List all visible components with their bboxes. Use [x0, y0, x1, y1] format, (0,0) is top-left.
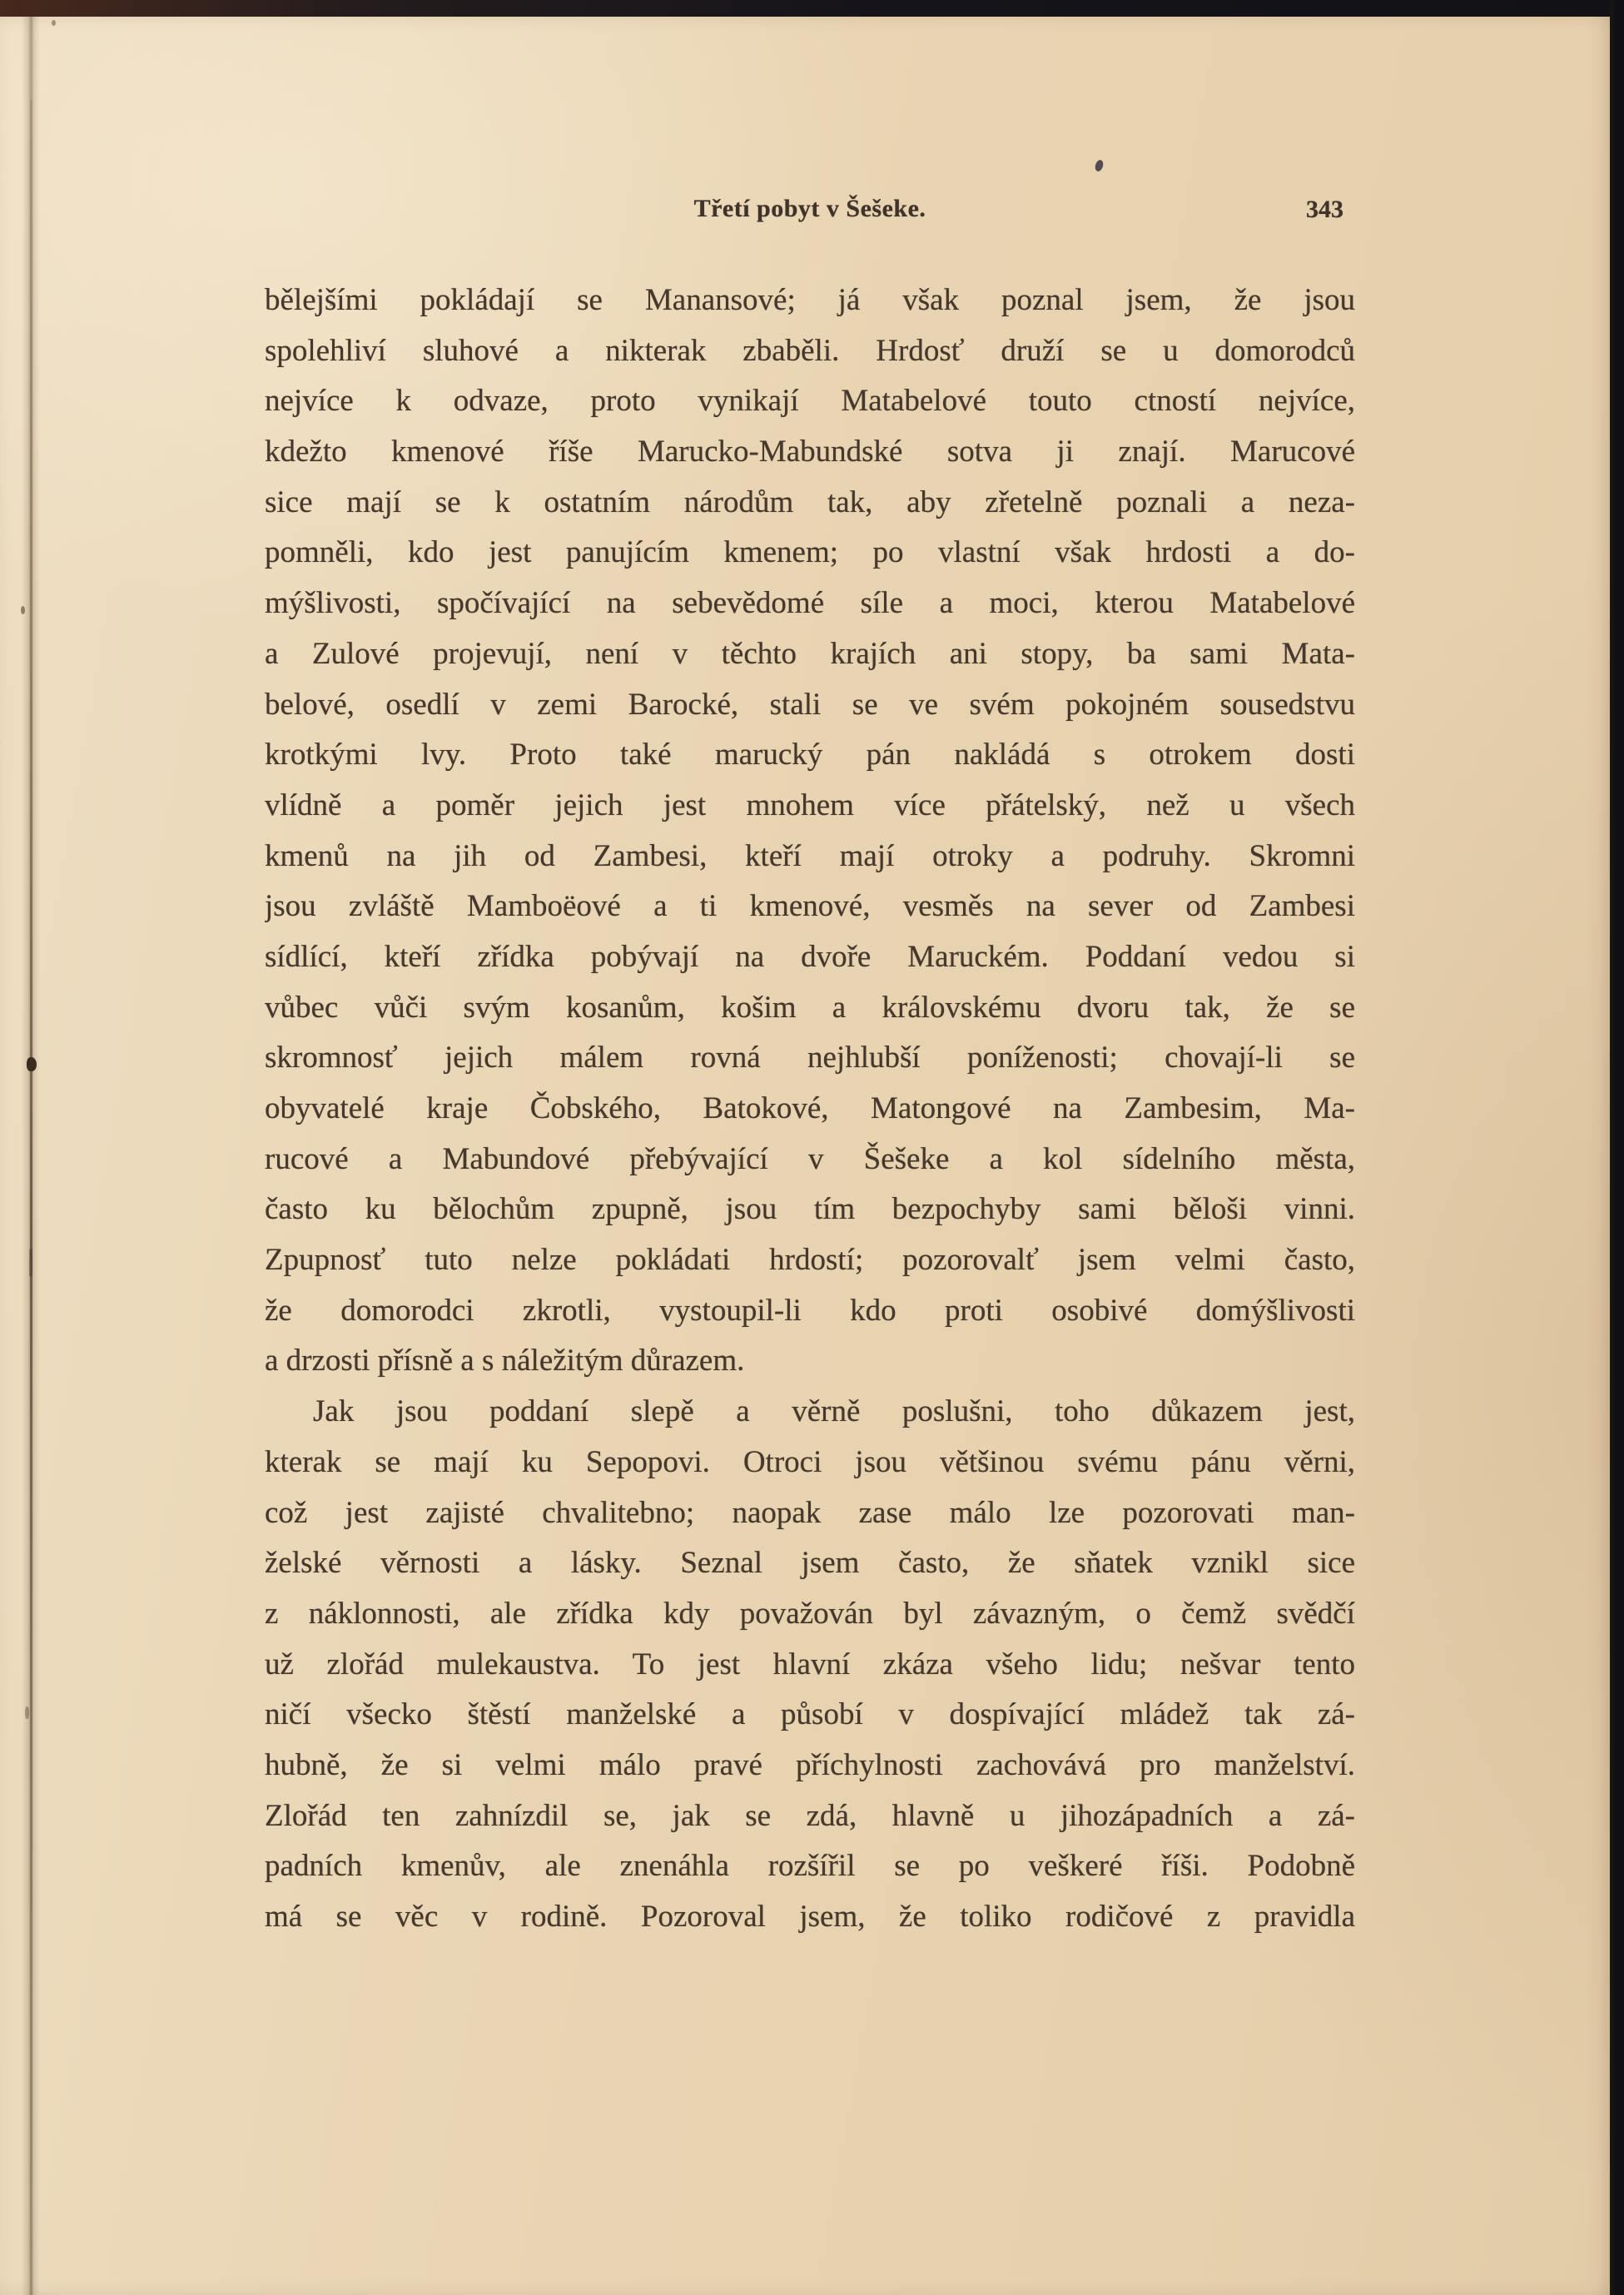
text-line: už zlořád mulekaustva. To jest hlavní zk… [265, 1640, 1355, 1691]
scan-edge-top [0, 0, 1624, 17]
text-line: kmenů na jih od Zambesi, kteří mají otro… [265, 832, 1355, 882]
body-text: bělejšími pokládají se Manansové; já vša… [265, 276, 1355, 1943]
text-line: želské věrnosti a lásky. Seznal jsem čas… [265, 1538, 1355, 1589]
text-line: kdežto kmenové říše Marucko-Mabundské so… [265, 427, 1355, 478]
text-line: bělejšími pokládají se Manansové; já vša… [265, 276, 1355, 326]
scan-speck [21, 606, 25, 614]
text-line: jsou zvláště Mamboëové a ti kmenové, ves… [265, 882, 1355, 932]
text-line: krotkými lvy. Proto také marucký pán nak… [265, 730, 1355, 781]
text-line: padních kmenův, ale znenáhla rozšířil se… [265, 1841, 1355, 1892]
text-line: rucové a Mabundové přebývající v Šešeke … [265, 1135, 1355, 1185]
scanned-book-page: Třetí pobyt v Šešeke. 343 bělejšími pokl… [0, 0, 1624, 2295]
scan-speck [25, 1706, 29, 1719]
text-line: pomněli, kdo jest panujícím kmenem; po v… [265, 528, 1355, 579]
text-line: často ku bělochům zpupně, jsou tím bezpo… [265, 1185, 1355, 1235]
text-line: mýšlivosti, spočívající na sebevědomé sí… [265, 579, 1355, 629]
page-gutter-crease-line [30, 100, 32, 2295]
text-line: a drzosti přísně a s náležitým důrazem. [265, 1336, 1355, 1387]
text-line: že domorodci zkrotli, vystoupil-li kdo p… [265, 1286, 1355, 1337]
text-line: má se věc v rodině. Pozoroval jsem, že t… [265, 1892, 1355, 1943]
text-line: belové, osedlí v zemi Barocké, stali se … [265, 680, 1355, 731]
scan-edge-right [1610, 0, 1624, 2295]
text-line: a Zulové projevují, není v těchto krajíc… [265, 629, 1355, 680]
text-line: což jest zajisté chvalitebno; naopak zas… [265, 1488, 1355, 1539]
scan-speck [52, 20, 56, 26]
text-line: nejvíce k odvaze, proto vynikají Matabel… [265, 376, 1355, 427]
text-line: hubně, že si velmi málo pravé příchylnos… [265, 1741, 1355, 1791]
text-line: Jak jsou poddaní slepě a věrně poslušni,… [265, 1387, 1355, 1438]
text-line: sídlící, kteří zřídka pobývají na dvoře … [265, 932, 1355, 983]
scan-speck [1094, 159, 1105, 172]
scan-speck [29, 1249, 32, 1277]
text-line: skromnosť jejich málem rovná nejhlubší p… [265, 1033, 1355, 1084]
text-line: ničí všecko štěstí manželské a působí v … [265, 1690, 1355, 1741]
text-line: Zpupnosť tuto nelze pokládati hrdostí; p… [265, 1235, 1355, 1286]
page-header: Třetí pobyt v Šešeke. 343 [265, 195, 1355, 231]
text-line: kterak se mají ku Sepopovi. Otroci jsou … [265, 1438, 1355, 1488]
text-line: z náklonnosti, ale zřídka kdy považován … [265, 1589, 1355, 1640]
text-line: sice mají se k ostatním národům tak, aby… [265, 478, 1355, 529]
text-line: Zlořád ten zahnízdil se, jak se zdá, hla… [265, 1791, 1355, 1842]
scan-speck [27, 1057, 37, 1071]
text-line: spolehliví sluhové a nikterak zbaběli. H… [265, 326, 1355, 377]
text-line: vůbec vůči svým kosanům, košim a královs… [265, 983, 1355, 1034]
page-number: 343 [1306, 196, 1343, 224]
text-line: vlídně a poměr jejich jest mnohem více p… [265, 781, 1355, 832]
text-line: obyvatelé kraje Čobského, Batokové, Mato… [265, 1084, 1355, 1135]
running-header-title: Třetí pobyt v Šešeke. [265, 195, 1355, 223]
